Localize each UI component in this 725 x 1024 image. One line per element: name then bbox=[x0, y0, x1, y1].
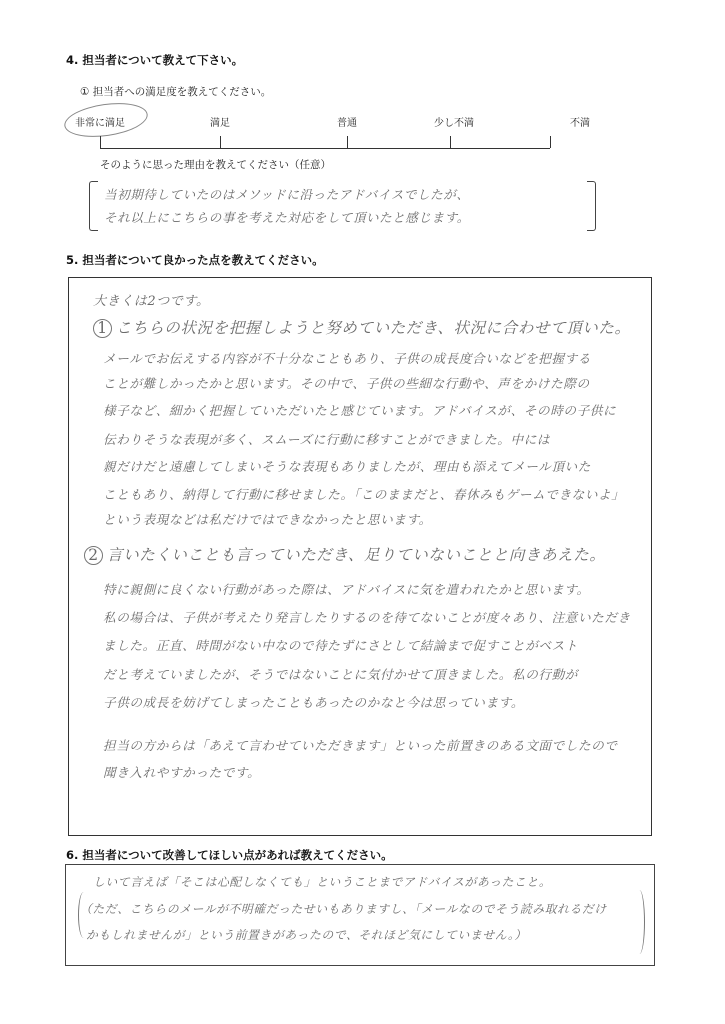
point-1-line: 伝わりそうな表現が多く、スムーズに行動に移すことができました。中には bbox=[103, 429, 550, 448]
point-1-line: 親だけだと遠慮してしまいそうな表現もありましたが、理由も添えてメール頂いた bbox=[103, 456, 591, 475]
point-2-number: 2 bbox=[84, 546, 103, 565]
point-1-number: 1 bbox=[93, 319, 112, 338]
point-1-line: という表現などは私だけではできなかったと思います。 bbox=[103, 509, 432, 528]
point-2-line: 担当の方からは「あえて言わせていただきます」といった前置きのある文面でしたので bbox=[103, 735, 618, 754]
improvement-line: （ただ、こちらのメールが不明確だったせいもありますし、「メールなのでそう読み取れ… bbox=[80, 900, 607, 917]
reason-line: それ以上にこちらの事を考えた対応をして頂いたと感じます。 bbox=[104, 208, 470, 226]
point-1-line: 様子など、細かく把握していただいたと感じています。アドバイスが、その時の子供に bbox=[103, 400, 616, 419]
scale-tick bbox=[220, 136, 221, 148]
point-2-line: だと考えていましたが、そうではないことに気付かせて頂きました。私の行動が bbox=[103, 664, 578, 683]
point-2-title-text: 言いたくいことも言っていただき、足りていないことと向きあえた。 bbox=[107, 546, 605, 564]
reason-line: 当初期待していたのはメソッドに沿ったアドバイスでしたが、 bbox=[104, 185, 469, 203]
left-bracket bbox=[89, 181, 98, 231]
point-2-title: 2言いたくいことも言っていただき、足りていないことと向きあえた。 bbox=[84, 543, 605, 565]
scale-option-neutral[interactable]: 普通 bbox=[337, 114, 357, 129]
scale-option-slightly-dissatisfied[interactable]: 少し不満 bbox=[434, 114, 474, 129]
point-1-line: ことが難しかったかと思います。その中で、子供の些細な行動や、声をかけた際の bbox=[103, 373, 590, 392]
point-2-line: ました。正直、時間がない中なので待たずにさとして結論まで促すことがベスト bbox=[103, 635, 578, 654]
improvement-line: しいて言えば「そこは心配しなくても」ということまでアドバイスがあったこと。 bbox=[93, 873, 551, 890]
point-1-title: 1こちらの状況を把握しようと努めていただき、状況に合わせて頂いた。 bbox=[93, 316, 631, 338]
section-5-heading: 5. 担当者について良かった点を教えてください。 bbox=[66, 252, 324, 268]
point-2-line: 聞き入れやすかったです。 bbox=[103, 762, 260, 781]
scale-tick bbox=[100, 136, 101, 148]
point-1-title-text: こちらの状況を把握しようと努めていただき、状況に合わせて頂いた。 bbox=[116, 319, 631, 337]
scale-axis-line bbox=[100, 148, 550, 149]
scale-option-satisfied[interactable]: 満足 bbox=[210, 114, 230, 129]
improvement-line: かもしれませんが」という前置きがあったので、それほど気にしていません。） bbox=[86, 926, 527, 943]
scale-tick bbox=[550, 136, 551, 148]
reason-prompt: そのように思った理由を教えてください（任意） bbox=[100, 157, 331, 172]
scale-tick bbox=[450, 136, 451, 148]
right-bracket bbox=[587, 181, 596, 231]
good-points-intro: 大きくは2つです。 bbox=[93, 290, 210, 309]
point-1-line: こともあり、納得して行動に移せました。「このままだと、春休みもゲームできないよ」 bbox=[103, 484, 624, 503]
point-2-line: 子供の成長を妨げてしまったこともあったのかなと今は思っています。 bbox=[103, 692, 524, 711]
section-4-heading: 4. 担当者について教えて下さい。 bbox=[66, 52, 243, 68]
scale-option-dissatisfied[interactable]: 不満 bbox=[570, 114, 590, 129]
scale-option-very-satisfied[interactable]: 非常に満足 bbox=[75, 114, 125, 129]
scale-tick bbox=[347, 136, 348, 148]
point-2-line: 特に親側に良くない行動があった際は、アドバイスに気を遣われたかと思います。 bbox=[103, 579, 590, 598]
point-1-line: メールでお伝えする内容が不十分なこともあり、子供の成長度合いなどを把握する bbox=[103, 348, 591, 367]
section-6-heading: 6. 担当者について改善してほしい点があれば教えてください。 bbox=[66, 847, 393, 863]
question-1-label: ① 担当者への満足度を教えてください。 bbox=[80, 84, 271, 99]
point-2-line: 私の場合は、子供が考えたり発言したりするのを待てないことが度々あり、注意いただき bbox=[103, 607, 631, 626]
right-paren-mark bbox=[634, 890, 645, 954]
